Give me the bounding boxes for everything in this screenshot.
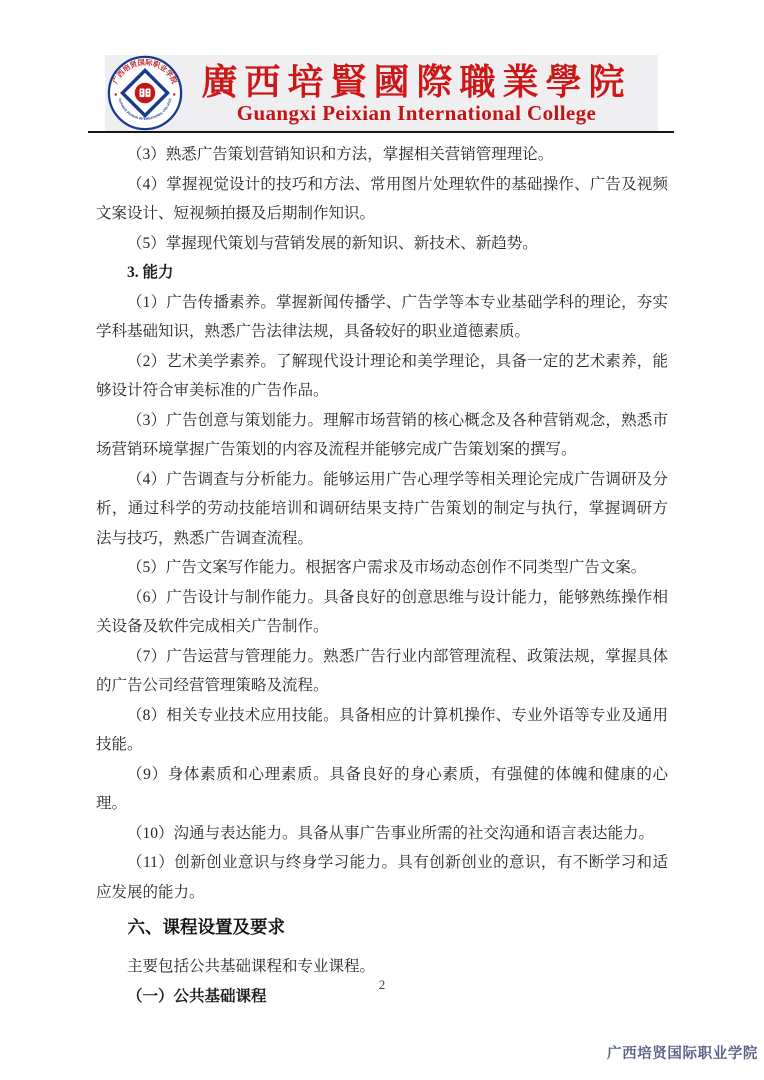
college-name-chinese: 廣西培賢國際職業學院: [183, 62, 650, 102]
paragraph-ability-5: （5）广告文案写作能力。根据客户需求及市场动态创作不同类型广告文案。: [96, 553, 668, 583]
paragraph-ability-3: （3）广告创意与策划能力。理解市场营销的核心概念及各种营销观念，熟悉市场营销环境…: [96, 406, 668, 465]
paragraph-knowledge-3: （3）熟悉广告策划营销知识和方法，掌握相关营销管理理论。: [96, 140, 668, 170]
paragraph-ability-8: （8）相关专业技术应用技能。具备相应的计算机操作、专业外语等专业及通用技能。: [96, 701, 668, 760]
college-name-english: Guangxi Peixian International College: [183, 102, 650, 125]
paragraph-ability-1: （1）广告传播素养。掌握新闻传播学、广告学等本专业基础学科的理论，夯实学科基础知…: [96, 288, 668, 347]
document-page: 广西培贤国际职业学院 GUANGXI PEIXIAN INTERNATIONAL…: [0, 0, 764, 1080]
section-heading-courses: 六、课程设置及要求: [96, 912, 668, 943]
college-logo-emblem: 广西培贤国际职业学院 GUANGXI PEIXIAN INTERNATIONAL…: [107, 55, 183, 131]
paragraph-ability-6: （6）广告设计与制作能力。具备良好的创意思维与设计能力，能够熟练操作相关设备及软…: [96, 583, 668, 642]
footer-college-name: 广西培贤国际职业学院: [607, 1042, 758, 1063]
paragraph-knowledge-5: （5）掌握现代策划与营销发展的新知识、新技术、新趋势。: [96, 229, 668, 259]
logo-left-dot: [115, 93, 117, 95]
paragraph-ability-2: （2）艺术美学素养。了解现代设计理论和美学理论，具备一定的艺术素养，能够设计符合…: [96, 347, 668, 406]
document-body: （3）熟悉广告策划营销知识和方法，掌握相关营销管理理论。（4）掌握视觉设计的技巧…: [96, 140, 668, 1011]
page-number: 2: [0, 977, 764, 993]
paragraph-ability-9: （9）身体素质和心理素质。具备良好的身心素质，有强健的体魄和健康的心理。: [96, 760, 668, 819]
paragraph-ability-11: （11）创新创业意识与终身学习能力。具有创新创业的意识，有不断学习和适应发展的能…: [96, 848, 668, 907]
paragraph-ability-4: （4）广告调查与分析能力。能够运用广告心理学等相关理论完成广告调研及分析，通过科…: [96, 465, 668, 554]
paragraph-ability-7: （7）广告运营与管理能力。熟悉广告行业内部管理流程、政策法规，掌握具体的广告公司…: [96, 642, 668, 701]
header-titles: 廣西培賢國際職業學院 Guangxi Peixian International…: [183, 62, 658, 125]
header-divider-line: [88, 131, 674, 133]
paragraph-ability-10: （10）沟通与表达能力。具备从事广告事业所需的社交沟通和语言表达能力。: [96, 819, 668, 849]
paragraph-knowledge-4: （4）掌握视觉设计的技巧和方法、常用图片处理软件的基础操作、广告及视频文案设计、…: [96, 170, 668, 229]
college-header: 广西培贤国际职业学院 GUANGXI PEIXIAN INTERNATIONAL…: [105, 55, 658, 131]
logo-right-dot: [173, 93, 175, 95]
ability-heading: 3. 能力: [96, 258, 668, 288]
logo-center-disc: [135, 83, 156, 104]
